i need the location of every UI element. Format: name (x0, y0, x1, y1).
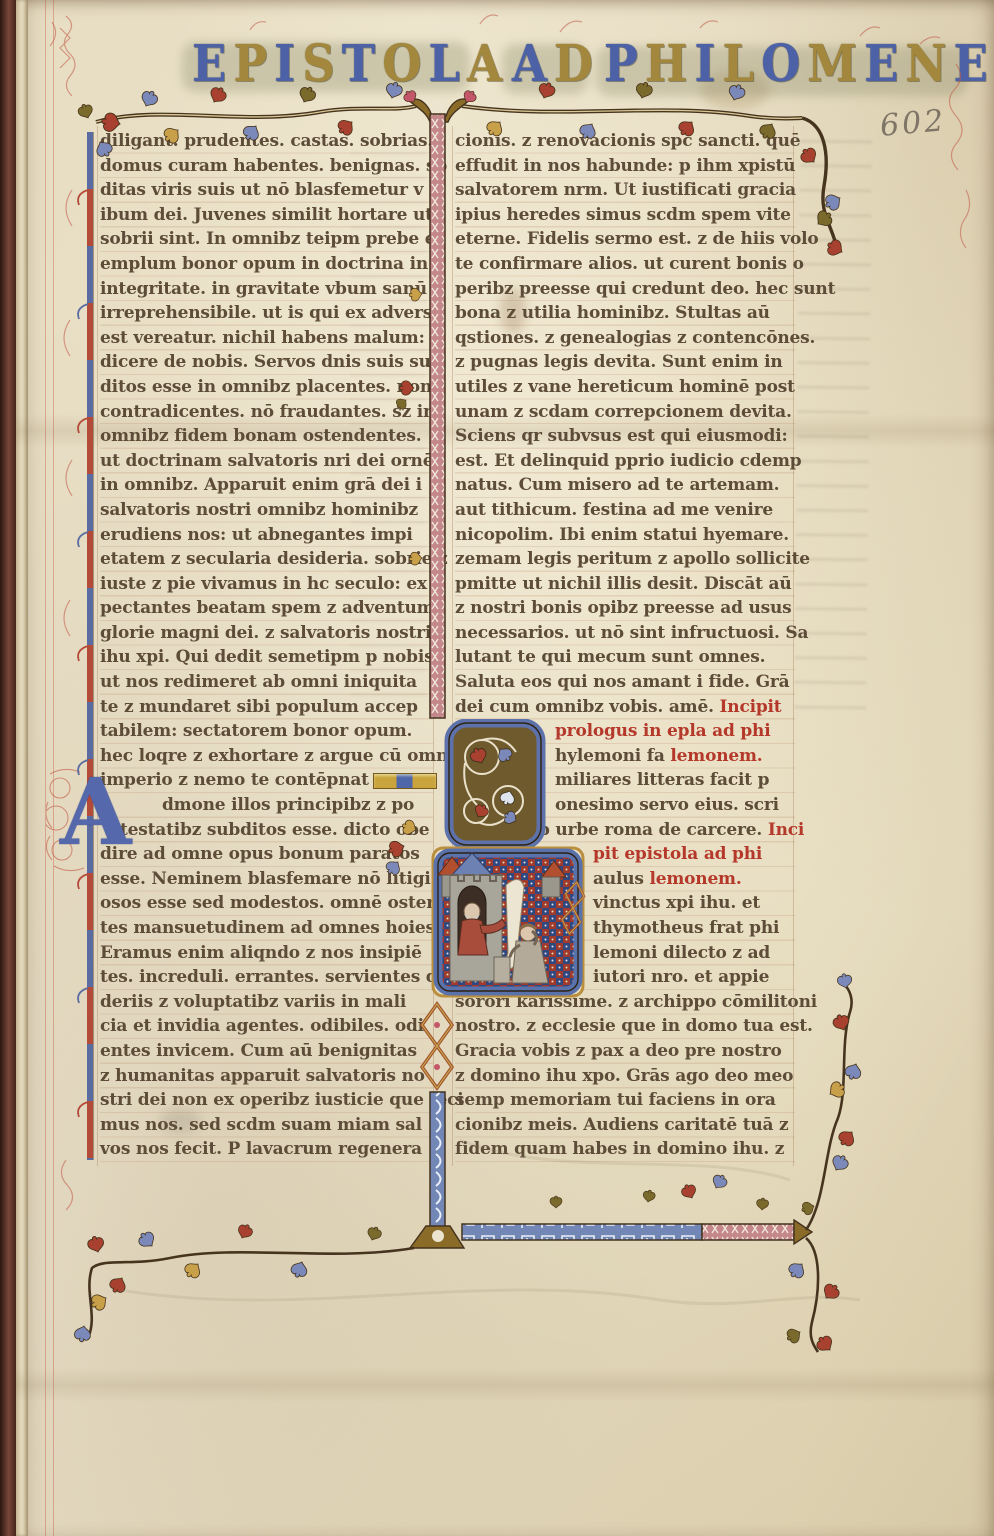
initial-a-filigree: A (46, 766, 128, 874)
column-rule (433, 126, 434, 1166)
text-column-right: cionis. z renovacionis spc sancti. quēef… (455, 129, 795, 1163)
text-column-left: diligant. prudentes. castas. sobrias.dom… (100, 129, 433, 1163)
column-rule (452, 126, 453, 1166)
book-binding (0, 0, 16, 1536)
initial-a-letter: A (60, 762, 131, 862)
initial-p-prologue (444, 719, 546, 850)
title-word-2: PHILOMENEM (604, 38, 994, 90)
page-edge-stack (16, 0, 28, 1536)
folio-number: 602 (879, 103, 948, 144)
manuscript-photo: { "page": { "folio": "602", "header": { … (0, 0, 994, 1536)
left-filigree-bar (87, 132, 93, 1160)
initial-p-historiated (430, 845, 588, 1001)
title-word-1: AD (512, 38, 600, 90)
column-rule (97, 126, 98, 1166)
title-word-0: EPISTOLA (192, 38, 509, 90)
parchment-crease (16, 1368, 994, 1402)
pedestal (494, 957, 510, 983)
